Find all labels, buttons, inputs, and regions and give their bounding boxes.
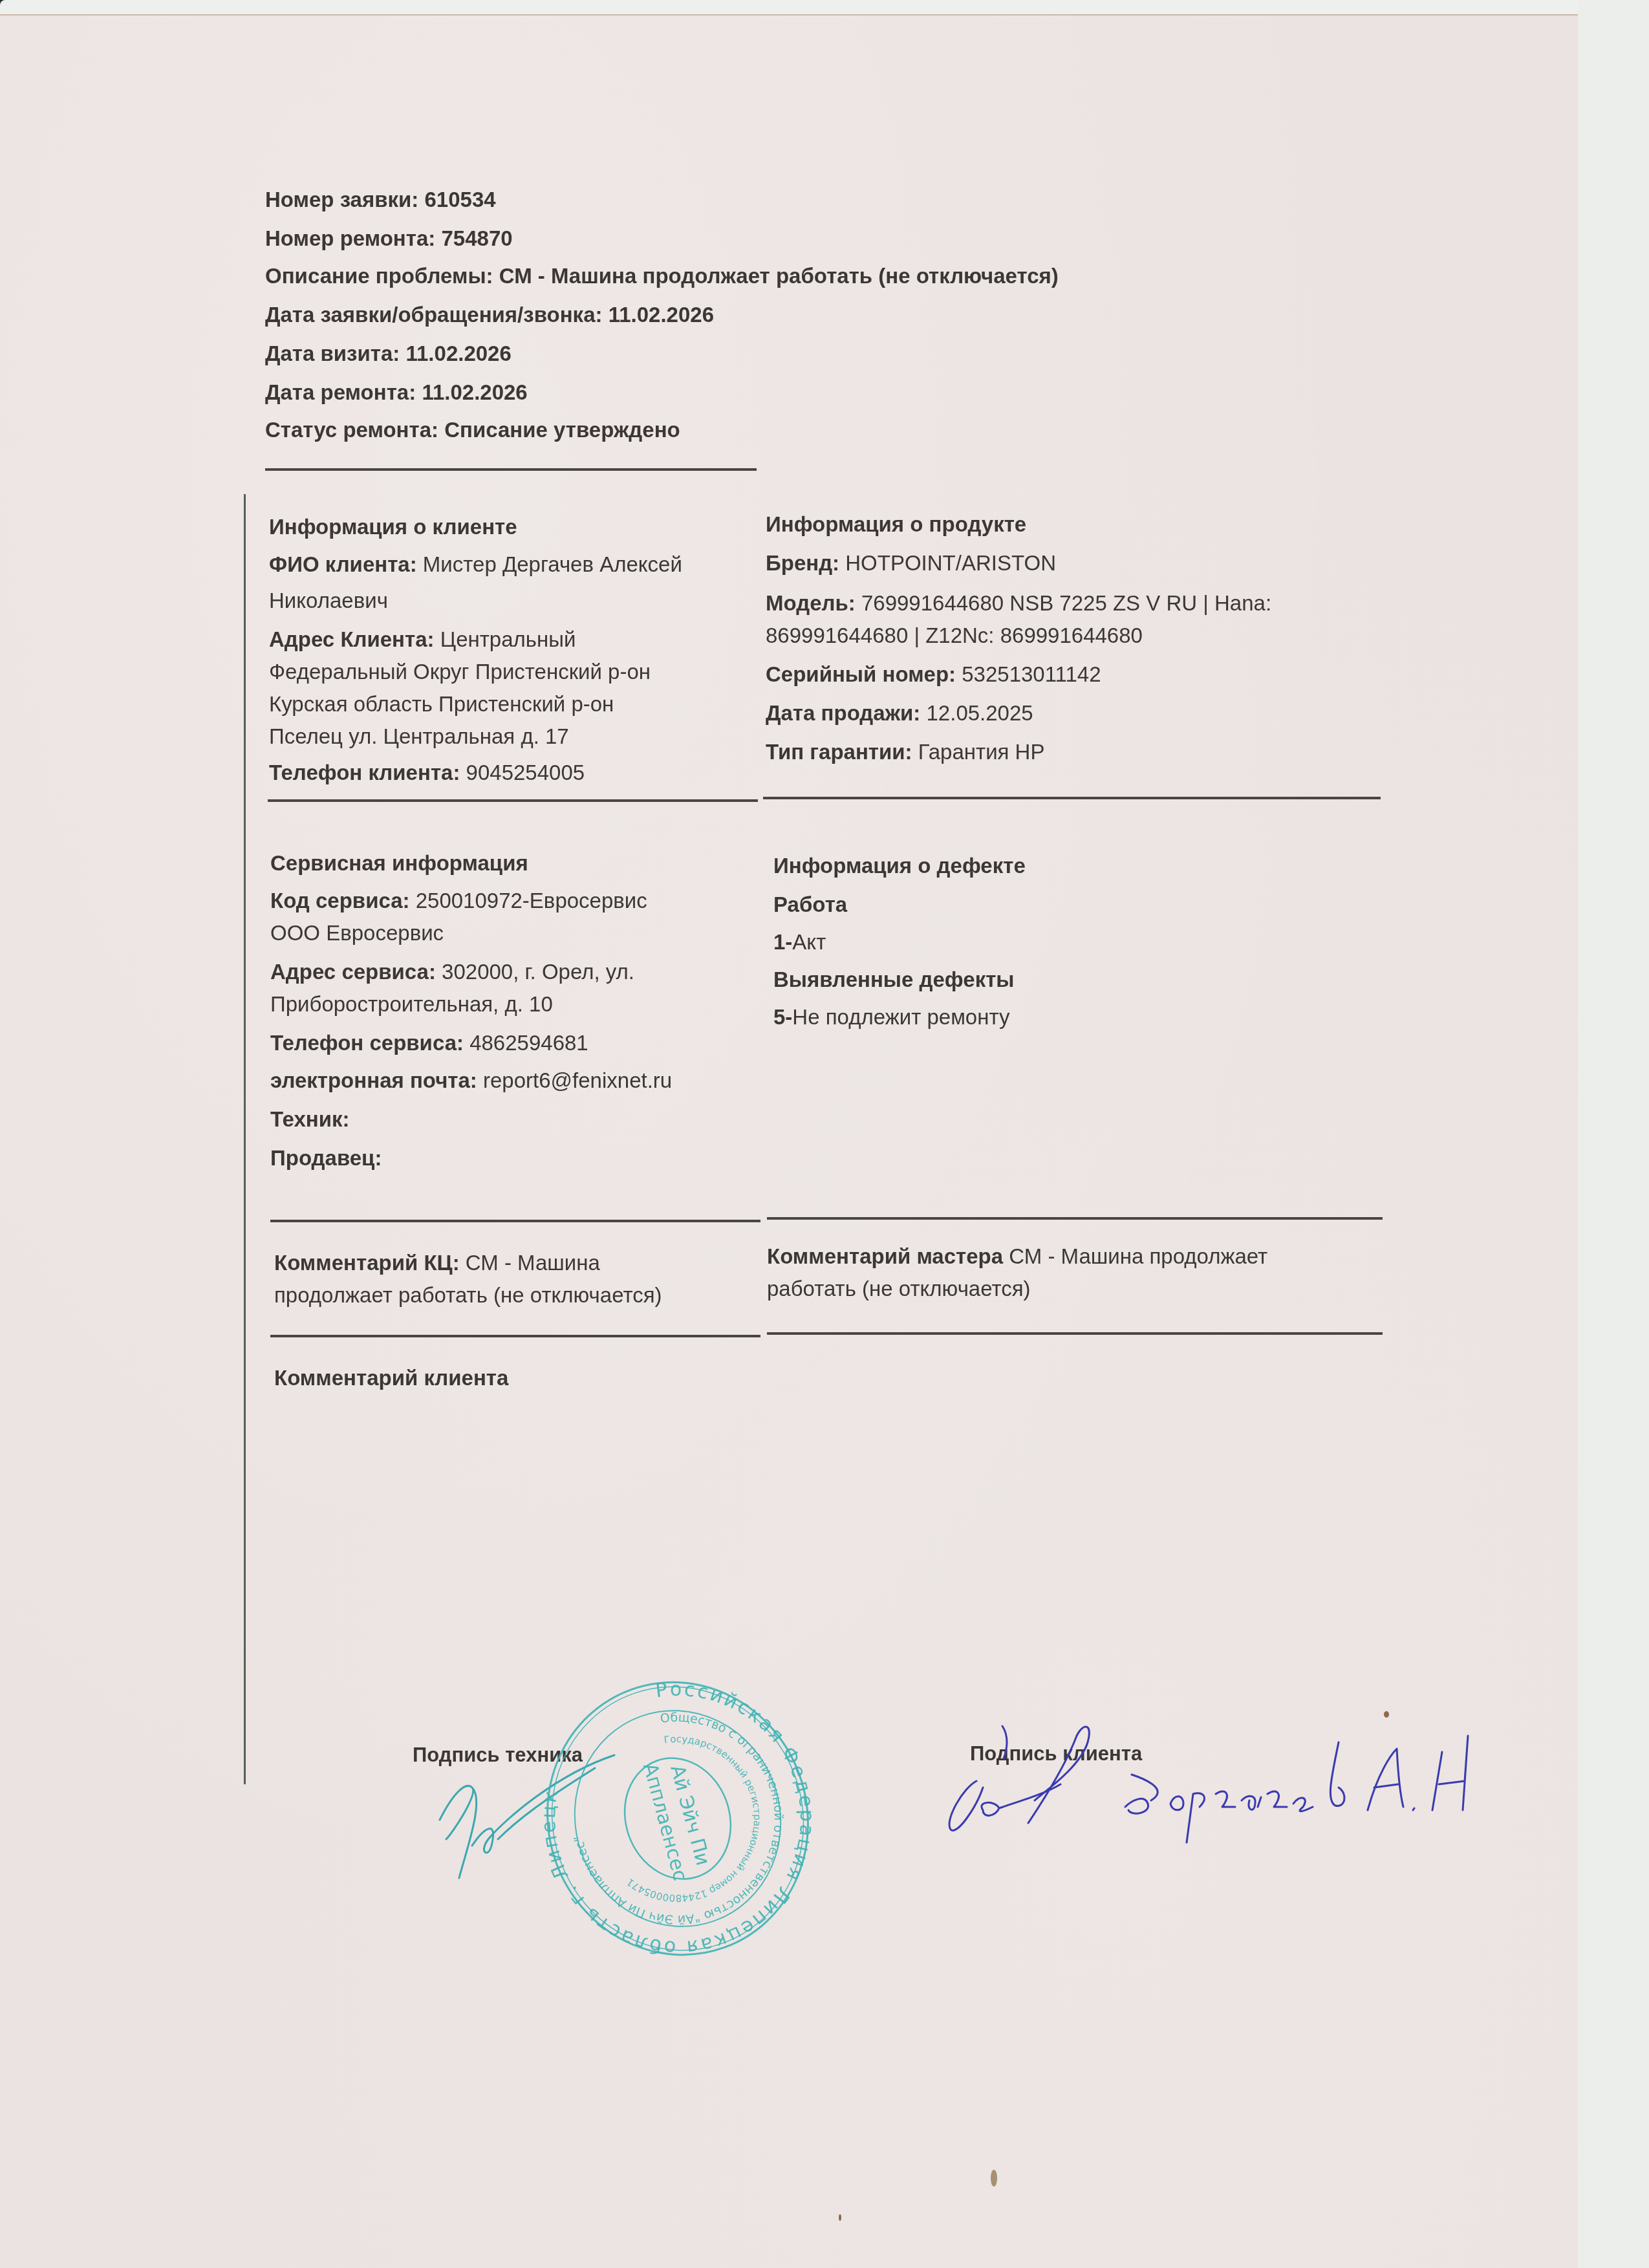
kc-comment-label: Комментарий КЦ: [274, 1251, 460, 1275]
sale-date-label: Дата продажи: [766, 701, 920, 725]
master-comment-value-cont: работать (не отключается) [767, 1270, 1031, 1308]
scan-edge-right [1578, 0, 1649, 2268]
service-address-value: 302000, г. Орел, ул. [442, 960, 634, 984]
divider-3-left [270, 1335, 760, 1337]
service-code-value-cont: ООО Евросервис [270, 914, 444, 952]
master-comment-value: СМ - Машина продолжает [1009, 1244, 1267, 1268]
service-phone-row: Телефон сервиса: 4862594681 [270, 1024, 588, 1062]
repair-number-value: 754870 [441, 226, 512, 250]
document-page: Номер заявки: 610534 Номер ремонта: 7548… [0, 14, 1578, 2268]
divider-header [265, 468, 757, 471]
service-phone-label: Телефон сервиса: [270, 1031, 464, 1055]
service-email-row: электронная почта: report6@fenixnet.ru [270, 1062, 672, 1099]
technician-label: Техник: [270, 1101, 350, 1138]
repair-number-row: Номер ремонта: 754870 [265, 220, 513, 257]
client-address-line-4: Пселец ул. Центральная д. 17 [269, 718, 569, 755]
client-phone-label: Телефон клиента: [269, 761, 460, 784]
divider-1-left [268, 799, 758, 802]
divider-1-right [763, 797, 1381, 799]
service-address-value-cont: Приборостроительная, д. 10 [270, 986, 553, 1023]
request-date-row: Дата заявки/обращения/звонка: 11.02.2026 [265, 296, 714, 334]
problem-description-label: Описание проблемы: [265, 264, 493, 288]
repair-date-row: Дата ремонта: 11.02.2026 [265, 374, 528, 411]
work-label: Работа [773, 886, 847, 923]
visit-date-row: Дата визита: 11.02.2026 [265, 335, 512, 373]
left-margin-line [244, 494, 246, 1784]
seller-label: Продавец: [270, 1139, 382, 1177]
kc-comment-value: СМ - Машина [466, 1251, 600, 1275]
request-date-label: Дата заявки/обращения/звонка: [265, 303, 602, 327]
defect-code: 5- [773, 1005, 792, 1029]
defects-label: Выявленные дефекты [773, 961, 1015, 999]
client-phone-row: Телефон клиента: 9045254005 [269, 754, 585, 792]
paper-speck [991, 2170, 997, 2187]
sale-date-row: Дата продажи: 12.05.2025 [766, 695, 1033, 732]
company-stamp: Российская Федерация Липецкая область г.… [535, 1676, 820, 1961]
warranty-value: Гарантия HP [918, 740, 1045, 764]
client-name-value-cont: Николаевич [269, 582, 388, 620]
service-phone-value: 4862594681 [469, 1031, 588, 1055]
problem-description-value: СМ - Машина продолжает работать (не откл… [499, 264, 1059, 288]
serial-row: Серийный номер: 532513011142 [766, 656, 1101, 693]
client-phone-value: 9045254005 [466, 761, 585, 784]
product-info-title: Информация о продукте [766, 506, 1026, 543]
brand-value: HOTPOINT/ARISTON [845, 551, 1056, 575]
service-code-label: Код сервиса: [270, 889, 410, 913]
client-name-label: ФИО клиента: [269, 552, 417, 576]
service-info-title: Сервисная информация [270, 845, 528, 882]
client-signature [938, 1697, 1571, 1846]
client-info-title: Информация о клиенте [269, 508, 517, 546]
warranty-label: Тип гарантии: [766, 740, 912, 764]
repair-number-label: Номер ремонта: [265, 226, 435, 250]
service-address-label: Адрес сервиса: [270, 960, 436, 984]
master-comment-label: Комментарий мастера [767, 1244, 1003, 1268]
service-code-value: 250010972-Евросервис [416, 889, 647, 913]
service-email-label: электронная почта: [270, 1068, 477, 1092]
divider-2-left [270, 1220, 760, 1222]
service-email-value: report6@fenixnet.ru [483, 1068, 672, 1092]
defect-info-title: Информация о дефекте [773, 847, 1026, 885]
model-value-cont: 869991644680 | Z12Nc: 869991644680 [766, 617, 1143, 654]
work-item: 1-Акт [773, 923, 826, 961]
visit-date-label: Дата визита: [265, 341, 400, 365]
client-name-value: Мистер Дергачев Алексей [423, 552, 682, 576]
kc-comment-value-cont: продолжает работать (не отключается) [274, 1277, 662, 1314]
request-date-value: 11.02.2026 [609, 303, 714, 327]
client-address-label: Адрес Клиента: [269, 627, 435, 651]
repair-status-label: Статус ремонта: [265, 418, 438, 442]
sale-date-value: 12.05.2025 [927, 701, 1033, 725]
work-code: 1- [773, 930, 792, 954]
defect-value: Не подлежит ремонту [792, 1005, 1009, 1029]
request-number-row: Номер заявки: 610534 [265, 181, 496, 219]
paper-speck [839, 2214, 841, 2221]
repair-status-row: Статус ремонта: Списание утверждено [265, 411, 680, 449]
brand-row: Бренд: HOTPOINT/ARISTON [766, 545, 1056, 582]
scan-edge-top [0, 0, 1591, 16]
client-name-row: ФИО клиента: Мистер Дергачев Алексей [269, 546, 682, 583]
client-address-value: Центральный [440, 627, 576, 651]
problem-description-row: Описание проблемы: СМ - Машина продолжае… [265, 257, 1059, 295]
request-number-value: 610534 [424, 188, 495, 211]
visit-date-value: 11.02.2026 [405, 341, 511, 365]
request-number-label: Номер заявки: [265, 188, 418, 211]
serial-label: Серийный номер: [766, 662, 956, 686]
serial-value: 532513011142 [962, 662, 1101, 686]
repair-date-label: Дата ремонта: [265, 380, 416, 404]
divider-2-right [767, 1217, 1383, 1220]
repair-status-value: Списание утверждено [444, 418, 680, 442]
client-comment-label: Комментарий клиента [274, 1359, 508, 1397]
paper-speck [1384, 1711, 1389, 1718]
brand-label: Бренд: [766, 551, 839, 575]
work-value: Акт [792, 930, 826, 954]
model-value: 769991644680 NSB 7225 ZS V RU | Hana: [861, 591, 1271, 615]
repair-date-value: 11.02.2026 [422, 380, 527, 404]
warranty-row: Тип гарантии: Гарантия HP [766, 733, 1044, 771]
defect-item: 5-Не подлежит ремонту [773, 999, 1009, 1036]
divider-3-right [767, 1332, 1383, 1335]
model-label: Модель: [766, 591, 856, 615]
